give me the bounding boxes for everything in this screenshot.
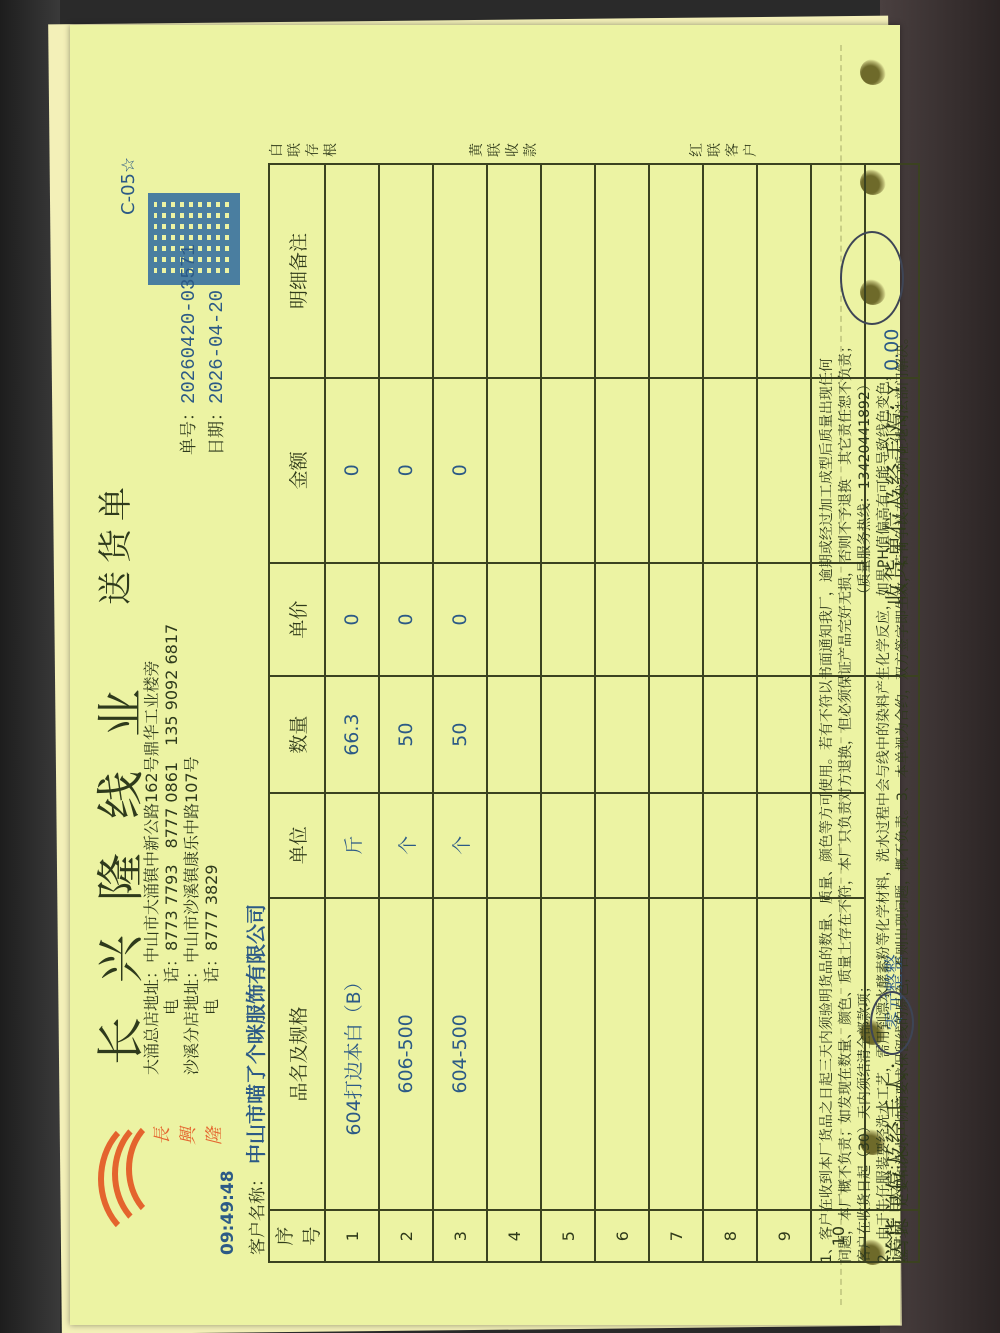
cell-amount: 0 [433, 378, 487, 563]
cell-qty: 50 [379, 676, 433, 792]
col-header-note: 明细备注 [269, 164, 325, 378]
table-row: 4 [487, 164, 541, 1262]
cell-amount: 0 [325, 378, 379, 563]
table-row: 7 [649, 164, 703, 1262]
header: 長興隆 长兴隆线业 送货单 大涌总店地址：中山市大涌镇中新公路162号鼎华工业楼… [70, 25, 270, 1325]
tractor-hole-icon [860, 59, 886, 85]
cell-note [325, 164, 379, 378]
cell-no: 6 [595, 1210, 649, 1262]
cell-unit: 个 [379, 793, 433, 898]
cell-no: 5 [541, 1210, 595, 1262]
address-line-2: 沙溪分店地址：中山市沙溪镇康乐中路107号 [182, 756, 202, 1075]
handwritten-signature-icon [840, 231, 904, 325]
cell-amount: 0 [379, 378, 433, 563]
cell-no: 9 [757, 1210, 811, 1262]
cell-no: 3 [433, 1210, 487, 1262]
cell-name: 604-500 [433, 898, 487, 1211]
address-line-1: 大涌总店地址：中山市大涌镇中新公路162号鼎华工业楼旁 [142, 660, 162, 1075]
delivery-note: 長興隆 长兴隆线业 送货单 大涌总店地址：中山市大涌镇中新公路162号鼎华工业楼… [70, 25, 900, 1325]
cell-note [379, 164, 433, 378]
cell-note [433, 164, 487, 378]
order-date: 日期：2026-04-20 [202, 290, 228, 455]
cell-unit: 个 [433, 793, 487, 898]
company-name: 长兴隆线业 [82, 655, 151, 1065]
col-header-amount: 金额 [269, 378, 325, 563]
copy-label-white: 白联存根 [268, 139, 340, 157]
table-header-row: 序号 品名及规格 单位 数量 单价 金额 明细备注 [269, 164, 325, 1262]
col-header-no: 序号 [269, 1210, 325, 1262]
form-code: C-05☆ [118, 157, 139, 215]
cell-no: 8 [703, 1210, 757, 1262]
receiver-signature-label: 收货单位及经手人： [880, 389, 911, 605]
order-number: 单号：20260420-03571 [174, 244, 200, 455]
cell-price: 0 [325, 563, 379, 677]
cell-no: 1 [325, 1210, 379, 1262]
phone-line-2: 电 话：8777 3829 [202, 864, 222, 1015]
table-row: 6 [595, 164, 649, 1262]
cell-no: 2 [379, 1210, 433, 1262]
sender-signature-label: 送货单位及经手人： [880, 1047, 911, 1263]
phone-line-1: 电 话：8773 7793 8777 0861 135 9092 6817 [162, 624, 182, 1015]
col-header-price: 单价 [269, 563, 325, 677]
cell-price: 0 [379, 563, 433, 677]
cell-no: 7 [649, 1210, 703, 1262]
table-row: 8 [703, 164, 757, 1262]
cell-price: 0 [433, 563, 487, 677]
customer-name: 客户名称：中山市喵了个咪服饰有限公司 [240, 904, 269, 1255]
company-logo-icon: 長興隆 [88, 1105, 208, 1255]
table-row: 3 604-500 个 50 0 0 [433, 164, 487, 1262]
col-header-qty: 数量 [269, 676, 325, 792]
copy-label-yellow: 黄联收款 [468, 139, 540, 157]
cell-name: 604打边本白（B） [325, 898, 379, 1211]
cell-qty: 50 [433, 676, 487, 792]
copy-label-red: 红联客户 [688, 139, 760, 157]
col-header-name: 品名及规格 [269, 898, 325, 1211]
document-title: 送货单 [88, 479, 137, 605]
cell-qty: 66.3 [325, 676, 379, 792]
handwritten-signature-icon [870, 991, 914, 1055]
terms-line: 1、客户在收到本厂货品之日起三天内须验明货品的数量、质量、颜色等方可使用。若有不… [818, 103, 837, 1263]
col-header-unit: 单位 [269, 793, 325, 898]
table-row: 1 604打边本白（B） 斤 66.3 0 0 [325, 164, 379, 1262]
table-row: 9 [757, 164, 811, 1262]
print-time: 09:49:48 [218, 1170, 238, 1255]
cell-no: 4 [487, 1210, 541, 1262]
cell-unit: 斤 [325, 793, 379, 898]
table-row: 2 606-500 个 50 0 0 [379, 164, 433, 1262]
table-row: 5 [541, 164, 595, 1262]
logo-text: 長興隆 [148, 1105, 226, 1145]
cell-name: 606-500 [379, 898, 433, 1211]
